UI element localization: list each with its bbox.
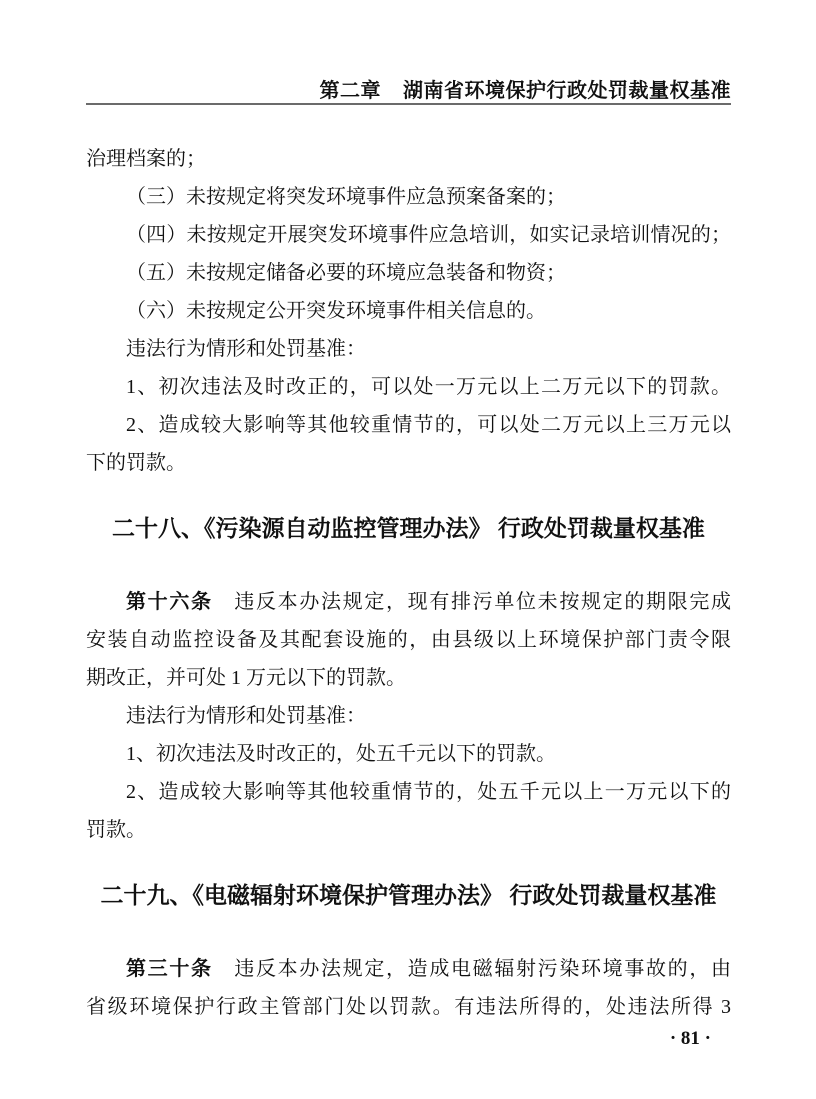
header-chapter-title: 湖南省环境保护行政处罚裁量权基准 <box>403 80 731 102</box>
document-body: 治理档案的； （三）未按规定将突发环境事件应急预案备案的； （四）未按规定开展突… <box>86 140 731 1026</box>
line-text: （三）未按规定将突发环境事件应急预案备案的； <box>126 186 566 208</box>
paragraph-line: （三）未按规定将突发环境事件应急预案备案的； <box>86 178 731 216</box>
line-text: 违法行为情形和处罚基准： <box>126 705 366 727</box>
line-text: 下的罚款。 <box>86 452 186 474</box>
paragraph-line: 下的罚款。 <box>86 444 731 482</box>
section-heading-29: 二十九、《电磁辐射环境保护管理办法》 行政处罚裁量权基准 <box>86 876 731 914</box>
line-text: 罚款。 <box>86 819 146 841</box>
header-rule <box>86 103 731 105</box>
paragraph-line: （六）未按规定公开突发环境事件相关信息的。 <box>86 292 731 330</box>
paragraph-line: 1、初次违法及时改正的，可以处一万元以上二万元以下的罚款。 <box>86 368 731 406</box>
paragraph-line: 省级环境保护行政主管部门处以罚款。有违法所得的，处违法所得 3 <box>86 988 731 1026</box>
running-header: 第二章湖南省环境保护行政处罚裁量权基准 <box>86 74 731 103</box>
line-text: 2、造成较大影响等其他较重情节的，可以处二万元以上三万元以 <box>126 414 731 436</box>
article-label: 第三十条 <box>126 958 213 980</box>
section-heading-28: 二十八、《污染源自动监控管理办法》 行政处罚裁量权基准 <box>86 509 731 547</box>
line-text: 违法行为情形和处罚基准： <box>126 338 366 360</box>
paragraph-line: 2、造成较大影响等其他较重情节的，可以处二万元以上三万元以 <box>86 406 731 444</box>
paragraph-line: 罚款。 <box>86 811 731 849</box>
paragraph-line: （四）未按规定开展突发环境事件应急培训，如实记录培训情况的； <box>86 216 731 254</box>
line-text: （四）未按规定开展突发环境事件应急培训，如实记录培训情况的； <box>126 224 731 246</box>
line-text: 1、初次违法及时改正的，可以处一万元以上二万元以下的罚款。 <box>126 376 731 398</box>
document-page: 第二章湖南省环境保护行政处罚裁量权基准 治理档案的； （三）未按规定将突发环境事… <box>0 0 816 1099</box>
paragraph-line: 安装自动监控设备及其配套设施的，由县级以上环境保护部门责令限 <box>86 621 731 659</box>
paragraph-line: 期改正，并可处 1 万元以下的罚款。 <box>86 659 731 697</box>
paragraph-line: 治理档案的； <box>86 140 731 178</box>
line-text: 违反本办法规定，造成电磁辐射污染环境事故的，由 <box>213 958 731 980</box>
page-footer: · 81 · <box>86 1028 711 1050</box>
article-label: 第十六条 <box>126 591 213 613</box>
line-text: （五）未按规定储备必要的环境应急装备和物资； <box>126 262 566 284</box>
page-number: · 81 · <box>670 1028 711 1049</box>
paragraph-line: 第三十条 违反本办法规定，造成电磁辐射污染环境事故的，由 <box>86 950 731 988</box>
paragraph-line: 第十六条 违反本办法规定，现有排污单位未按规定的期限完成 <box>86 583 731 621</box>
line-text: 2、造成较大影响等其他较重情节的，处五千元以上一万元以下的 <box>126 781 731 803</box>
header-chapter-label: 第二章 <box>320 80 382 102</box>
line-text: 违反本办法规定，现有排污单位未按规定的期限完成 <box>213 591 731 613</box>
paragraph-line: 2、造成较大影响等其他较重情节的，处五千元以上一万元以下的 <box>86 773 731 811</box>
line-text: 省级环境保护行政主管部门处以罚款。有违法所得的，处违法所得 3 <box>86 996 731 1018</box>
line-text: 安装自动监控设备及其配套设施的，由县级以上环境保护部门责令限 <box>86 629 731 651</box>
paragraph-line: （五）未按规定储备必要的环境应急装备和物资； <box>86 254 731 292</box>
paragraph-line: 违法行为情形和处罚基准： <box>86 697 731 735</box>
line-text: （六）未按规定公开突发环境事件相关信息的。 <box>126 300 546 322</box>
line-text: 期改正，并可处 1 万元以下的罚款。 <box>86 667 406 689</box>
line-text: 治理档案的； <box>86 148 206 170</box>
paragraph-line: 1、初次违法及时改正的，处五千元以下的罚款。 <box>86 735 731 773</box>
line-text: 1、初次违法及时改正的，处五千元以下的罚款。 <box>126 743 556 765</box>
paragraph-line: 违法行为情形和处罚基准： <box>86 330 731 368</box>
